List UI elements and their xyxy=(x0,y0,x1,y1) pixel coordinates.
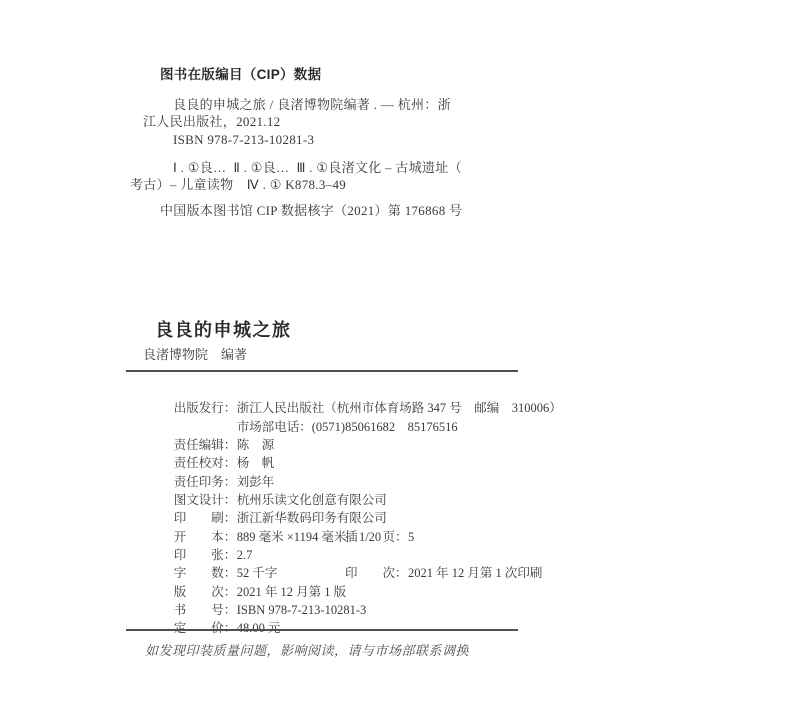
colophon-row-sheets: 印 张：2.7 插 页：5 xyxy=(155,528,535,546)
colophon-row-editor: 责任编辑：陈 源 xyxy=(155,418,535,436)
colophon-row-price: 定 价：48.00 元 xyxy=(155,601,535,619)
divider-top xyxy=(126,370,518,372)
cip-line-record-number: 中国版本图书馆 CIP 数据核字（2021）第 176868 号 xyxy=(160,202,462,219)
quality-notice: 如发现印装质量问题，影响阅读，请与市场部联系调换 xyxy=(145,640,469,659)
colophon-row-format: 开 本：889 毫米 ×1194 毫米 1/20 xyxy=(155,509,535,527)
cip-line-publisher: 江人民出版社，2021.12 xyxy=(143,113,280,130)
colophon-row-publisher: 出版发行：浙江人民出版社（杭州市体育场路 347 号 邮编 310006） xyxy=(155,381,535,399)
cip-line-classification-2: 考古）– 儿童读物 Ⅳ . ① K878.3–49 xyxy=(130,176,346,193)
colophon-row-isbn: 书 号：ISBN 978-7-213-10281-3 xyxy=(155,583,535,601)
cip-line-classification-1: Ⅰ . ①良… Ⅱ . ①良… Ⅲ . ①良渚文化 – 古城遗址（ xyxy=(173,159,462,176)
colophon-row-printer: 印 刷：浙江新华数码印务有限公司 xyxy=(155,491,535,509)
colophon-row-print-supervisor: 责任印务：刘彭年 xyxy=(155,454,535,472)
colophon-value: 5 xyxy=(408,530,414,544)
colophon-block: 出版发行：浙江人民出版社（杭州市体育场路 347 号 邮编 310006） 市场… xyxy=(155,381,535,619)
book-copyright-page: 图书在版编目（CIP）数据 良良的申城之旅 / 良渚博物院编著 . — 杭州：浙… xyxy=(0,0,791,714)
book-author: 良渚博物院 编著 xyxy=(143,344,247,363)
divider-bottom xyxy=(126,629,518,631)
cip-heading: 图书在版编目（CIP）数据 xyxy=(160,66,321,83)
colophon-row-word-count: 字 数：52 千字 xyxy=(155,546,535,564)
colophon-label: 印 次： xyxy=(345,564,408,582)
colophon-row-inserts: 插 页：5 xyxy=(345,528,414,546)
colophon-row-design: 图文设计：杭州乐读文化创意有限公司 xyxy=(155,473,535,491)
colophon-value: 2021 年 12 月第 1 次印刷 xyxy=(408,566,542,580)
colophon-row-proofreader: 责任校对：杨 帆 xyxy=(155,436,535,454)
colophon-row-impression: 印 次：2021 年 12 月第 1 次印刷 xyxy=(345,564,542,582)
cip-line-isbn: ISBN 978-7-213-10281-3 xyxy=(173,131,314,148)
cip-line-title-statement: 良良的申城之旅 / 良渚博物院编著 . — 杭州：浙 xyxy=(173,96,451,113)
colophon-row-market-phone: 市场部电话：(0571)85061682 85176516 xyxy=(155,399,535,417)
colophon-label: 插 页： xyxy=(345,528,408,546)
book-title: 良良的申城之旅 xyxy=(155,316,292,342)
colophon-row-edition: 版 次：2021 年 12 月第 1 版 印 次：2021 年 12 月第 1 … xyxy=(155,564,535,582)
